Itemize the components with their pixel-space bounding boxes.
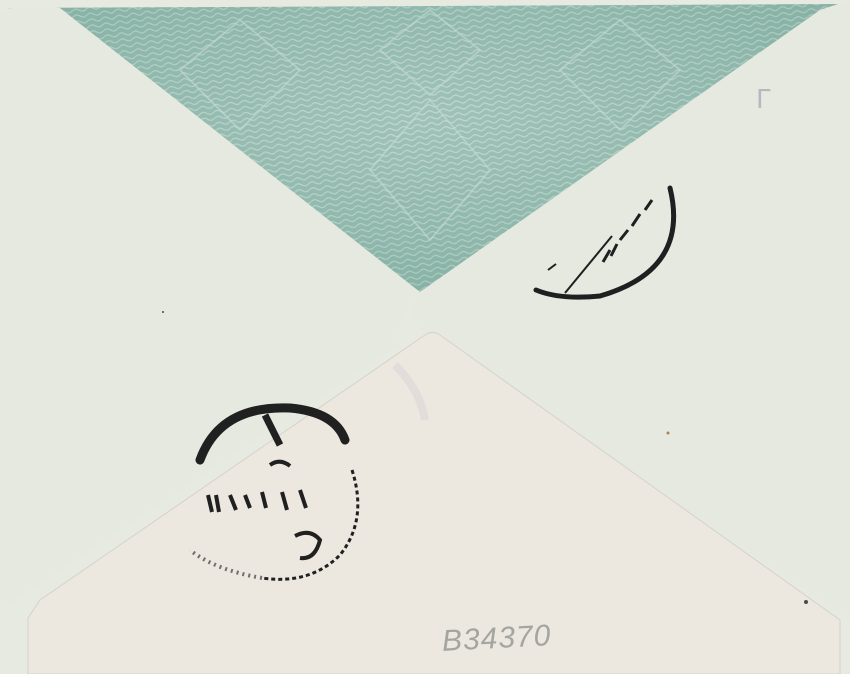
envelope-illustration bbox=[0, 0, 850, 674]
envelope-scan: Γ B34370 bbox=[0, 0, 850, 674]
catalog-number: B34370 bbox=[441, 619, 552, 659]
pencil-mark: Γ bbox=[756, 85, 771, 115]
